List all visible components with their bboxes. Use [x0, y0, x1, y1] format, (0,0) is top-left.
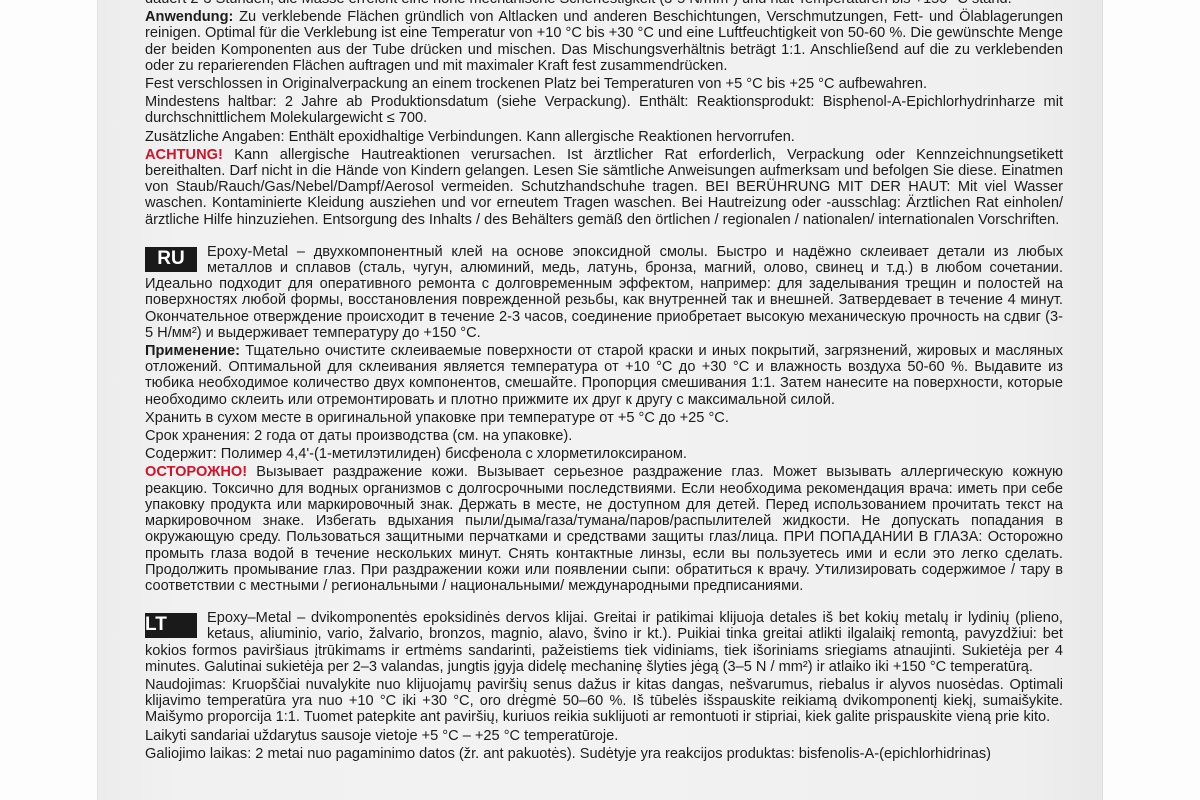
de-warning: ACHTUNG! Kann allergische Hautreaktionen…: [145, 147, 1063, 228]
label-panel: dauert 2-3 Stunden, die Masse erreicht e…: [97, 0, 1103, 800]
ru-intro-text: Epoxy-Metal – двухкомпонентный клей на о…: [145, 244, 1063, 341]
language-badge-lt: LT: [145, 613, 197, 638]
de-usage-label: Anwendung:: [145, 9, 233, 25]
language-badge-ru: RU: [145, 247, 197, 272]
section-lt: LTEpoxy–Metal – dvikomponentės epoksidin…: [145, 610, 1063, 762]
ru-warning-label: ОСТОРОЖНО!: [145, 464, 247, 480]
de-usage-text: Zu verklebende Flächen gründlich von Alt…: [145, 9, 1063, 74]
de-partial-top: dauert 2-3 Stunden, die Masse erreicht e…: [145, 0, 1063, 7]
lt-shelf-life: Galiojimo laikas: 2 metai nuo pagaminimo…: [145, 746, 1063, 762]
label-text: dauert 2-3 Stunden, die Masse erreicht e…: [145, 0, 1063, 764]
ru-warning: ОСТОРОЖНО! Вызывает раздражение кожи. Вы…: [145, 464, 1063, 594]
ru-storage: Хранить в сухом месте в оригинальной упа…: [145, 410, 1063, 426]
de-storage: Fest verschlossen in Originalverpackung …: [145, 76, 1063, 92]
section-de: dauert 2-3 Stunden, die Masse erreicht e…: [145, 0, 1063, 228]
lt-intro: LTEpoxy–Metal – dvikomponentės epoksidin…: [145, 610, 1063, 675]
ru-usage-text: Тщательно очистите склеиваемые поверхнос…: [145, 343, 1063, 408]
de-warning-label: ACHTUNG!: [145, 147, 223, 163]
ru-intro: RUEpoxy-Metal – двухкомпонентный клей на…: [145, 244, 1063, 341]
lt-usage: Naudojimas: Kruopščiai nuvalykite nuo kl…: [145, 677, 1063, 726]
ru-contains: Содержит: Полимер 4,4'-(1-метилэтилиден)…: [145, 446, 1063, 462]
lt-storage: Laikyti sandariai uždarytus sausoje viet…: [145, 728, 1063, 744]
ru-warning-text: Вызывает раздражение кожи. Вызывает серь…: [145, 464, 1063, 593]
lt-intro-text: Epoxy–Metal – dvikomponentės epoksidinės…: [145, 610, 1063, 675]
de-warning-text: Kann allergische Hautreaktionen verursac…: [145, 147, 1063, 228]
ru-shelf-life: Срок хранения: 2 года от даты производст…: [145, 428, 1063, 444]
de-shelf-life: Mindestens haltbar: 2 Jahre ab Produktio…: [145, 94, 1063, 126]
de-additional: Zusätzliche Angaben: Enthält epoxidhalti…: [145, 129, 1063, 145]
de-usage: Anwendung: Zu verklebende Flächen gründl…: [145, 9, 1063, 74]
ru-usage: Применение: Тщательно очистите склеиваем…: [145, 343, 1063, 408]
section-ru: RUEpoxy-Metal – двухкомпонентный клей на…: [145, 244, 1063, 594]
ru-usage-label: Применение:: [145, 343, 240, 359]
